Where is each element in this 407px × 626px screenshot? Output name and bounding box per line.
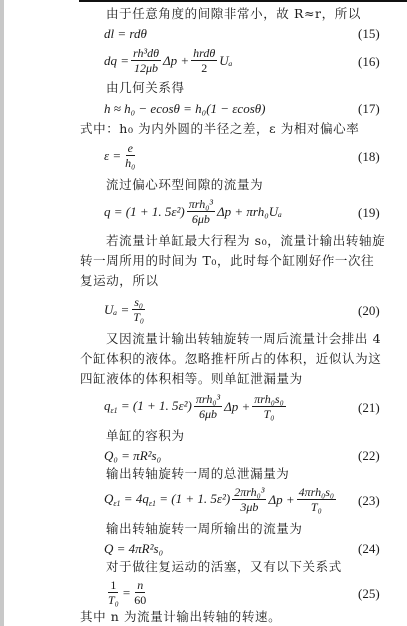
paragraph-text: 输出转轴旋转一周的总泄漏量为 <box>106 466 289 482</box>
equation-22: Q₀ = πR²s₀ <box>104 448 161 464</box>
equation-number: (19) <box>358 205 380 221</box>
paragraph-text: 其中 n 为流量计输出转轴的转速。 <box>80 609 281 625</box>
equation-number: (23) <box>358 493 380 509</box>
paragraph-text: 输出转轴旋转一周所输出的流量为 <box>106 521 303 537</box>
page-edge-shadow <box>0 0 4 626</box>
paragraph-text: 对于做往复运动的活塞，又有以下关系式 <box>106 559 342 575</box>
paper-page: 由于任意角度的间隙非常小，故 R≈r，所以 dl = rdθ (15) dq =… <box>0 0 407 626</box>
equation-number: (20) <box>358 303 380 319</box>
equation-17: h ≈ h₀ − ecosθ = h₀(1 − εcosθ) <box>104 101 265 117</box>
equation-number: (15) <box>358 26 380 42</box>
equation-20: Uₐ = s₀T₀ <box>104 295 148 324</box>
equation-number: (18) <box>358 149 380 165</box>
equation-23: Qε1 = 4qε1 = (1 + 1. 5ε²) 2πrh₀³3μb Δp +… <box>104 485 338 514</box>
equation-18: ε = eh₀ <box>104 141 139 170</box>
paragraph-text: 四缸液体的体积相等。则单缸泄漏量为 <box>80 371 303 387</box>
equation-15: dl = rdθ <box>104 26 147 42</box>
paragraph-text: 由于任意角度的间隙非常小，故 R≈r，所以 <box>106 6 361 22</box>
equation-21: qε1 = (1 + 1. 5ε²) πrh₀³6μb Δp + πrh₀s₀T… <box>104 392 288 421</box>
paragraph-text: 由几何关系得 <box>106 80 185 96</box>
equation-16: dq = rh³dθ12μb Δp + hrdθ2 Uₐ <box>104 46 232 75</box>
equation-number: (22) <box>358 448 380 464</box>
paragraph-text: 流过偏心环型间隙的流量为 <box>106 177 263 193</box>
paragraph-text: 个缸体积的液体。忽略推杆所占的体积，近似认为这 <box>80 351 381 367</box>
paragraph-text: 若流量计单缸最大行程为 s₀，流量计输出转轴旋 <box>106 233 385 249</box>
paragraph-text: 式中：h₀ 为内外圆的半径之差，ε 为相对偏心率 <box>80 121 359 137</box>
equation-number: (16) <box>358 54 380 70</box>
equation-number: (17) <box>358 101 380 117</box>
paragraph-text: 转一周所用的时间为 T₀，此时每个缸刚好作一次往 <box>80 253 374 269</box>
equation-24: Q = 4πR²s₀ <box>104 541 163 557</box>
equation-number: (25) <box>358 586 380 602</box>
top-rule <box>79 0 407 2</box>
equation-25: 1T₀ = n60 <box>104 578 150 607</box>
paragraph-text: 又因流量计输出转轴旋转一周后流量计会排出 4 <box>106 331 381 347</box>
equation-number: (24) <box>358 541 380 557</box>
paragraph-text: 复运动，所以 <box>80 273 159 289</box>
equation-number: (21) <box>358 400 380 416</box>
equation-19: q = (1 + 1. 5ε²) πrh₀³6μb Δp + πrh₀Uₐ <box>104 197 282 226</box>
paragraph-text: 单缸的容积为 <box>106 428 185 444</box>
